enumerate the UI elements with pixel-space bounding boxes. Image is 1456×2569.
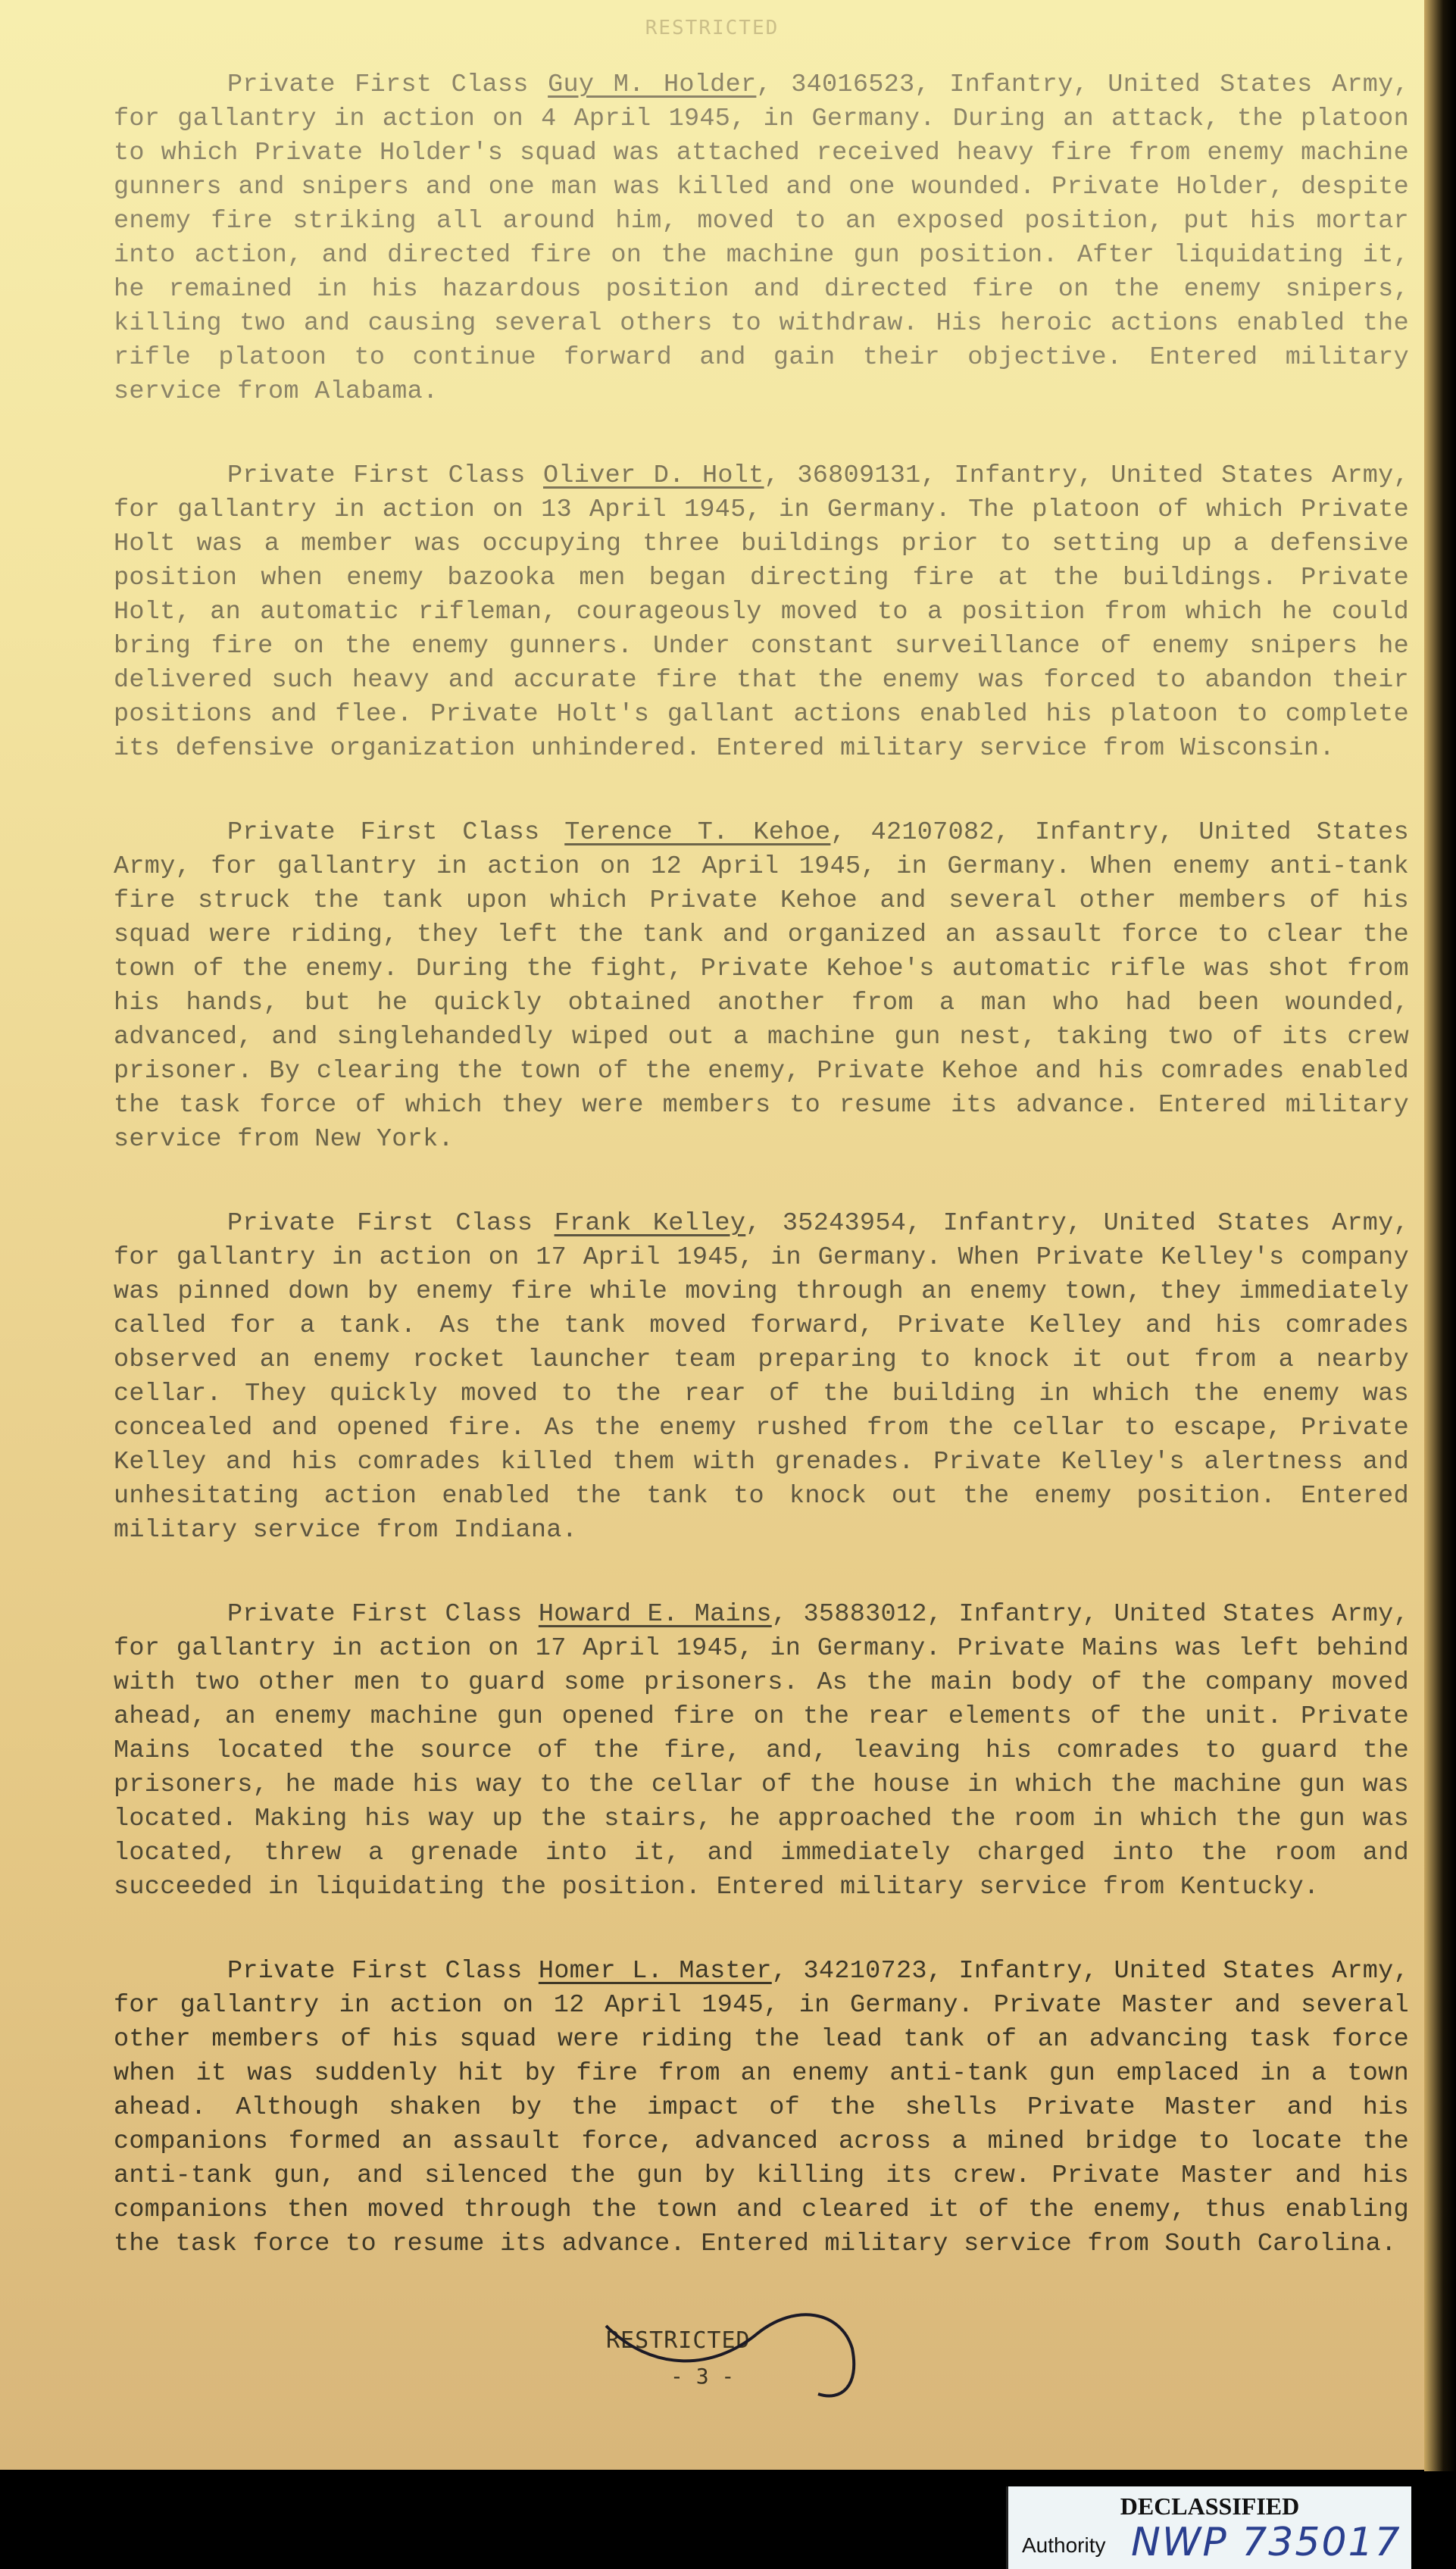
- citation-paragraph: Private First Class Frank Kelley, 352439…: [114, 1207, 1409, 1548]
- citation-paragraph: Private First Class Terence T. Kehoe, 42…: [114, 816, 1409, 1157]
- soldier-name: Homer L. Master: [539, 1957, 772, 1986]
- citation-text: , 34210723, Infantry, United States Army…: [114, 1957, 1409, 2258]
- rank-text: Private First Class: [227, 70, 548, 99]
- soldier-name: Terence T. Kehoe: [564, 818, 830, 847]
- rank-text: Private First Class: [227, 1600, 539, 1629]
- authority-label: Authority: [1022, 2533, 1106, 2558]
- citation-paragraph: Private First Class Howard E. Mains, 358…: [114, 1598, 1409, 1905]
- header-restricted-stamp: RESTRICTED: [0, 17, 1424, 39]
- citation-text: , 36809131, Infantry, United States Army…: [114, 461, 1409, 763]
- soldier-name: Frank Kelley: [555, 1209, 746, 1238]
- rank-text: Private First Class: [227, 818, 564, 847]
- citation-paragraph: Private First Class Homer L. Master, 342…: [114, 1955, 1409, 2261]
- citation-text: , 35883012, Infantry, United States Army…: [114, 1600, 1409, 1902]
- soldier-name: Howard E. Mains: [539, 1600, 772, 1629]
- scan-edge: [1424, 0, 1456, 2569]
- soldier-name: Guy M. Holder: [548, 70, 756, 99]
- rank-text: Private First Class: [227, 461, 543, 490]
- handwritten-mark-icon: [591, 2303, 864, 2409]
- rank-text: Private First Class: [227, 1957, 539, 1986]
- rank-text: Private First Class: [227, 1209, 555, 1238]
- soldier-name: Oliver D. Holt: [543, 461, 764, 490]
- citation-paragraph: Private First Class Oliver D. Holt, 3680…: [114, 459, 1409, 766]
- declassification-label: DECLASSIFIED Authority NWP 735017: [1006, 2486, 1411, 2569]
- citation-text: , 42107082, Infantry, United States Army…: [114, 818, 1409, 1154]
- document-body: Private First Class Guy M. Holder, 34016…: [114, 68, 1409, 2311]
- authority-number: NWP 735017: [1131, 2520, 1401, 2565]
- declassified-title: DECLASSIFIED: [1008, 2492, 1411, 2521]
- citation-text: , 35243954, Infantry, United States Army…: [114, 1209, 1409, 1545]
- citation-paragraph: Private First Class Guy M. Holder, 34016…: [114, 68, 1409, 409]
- citation-text: , 34016523, Infantry, United States Army…: [114, 70, 1409, 406]
